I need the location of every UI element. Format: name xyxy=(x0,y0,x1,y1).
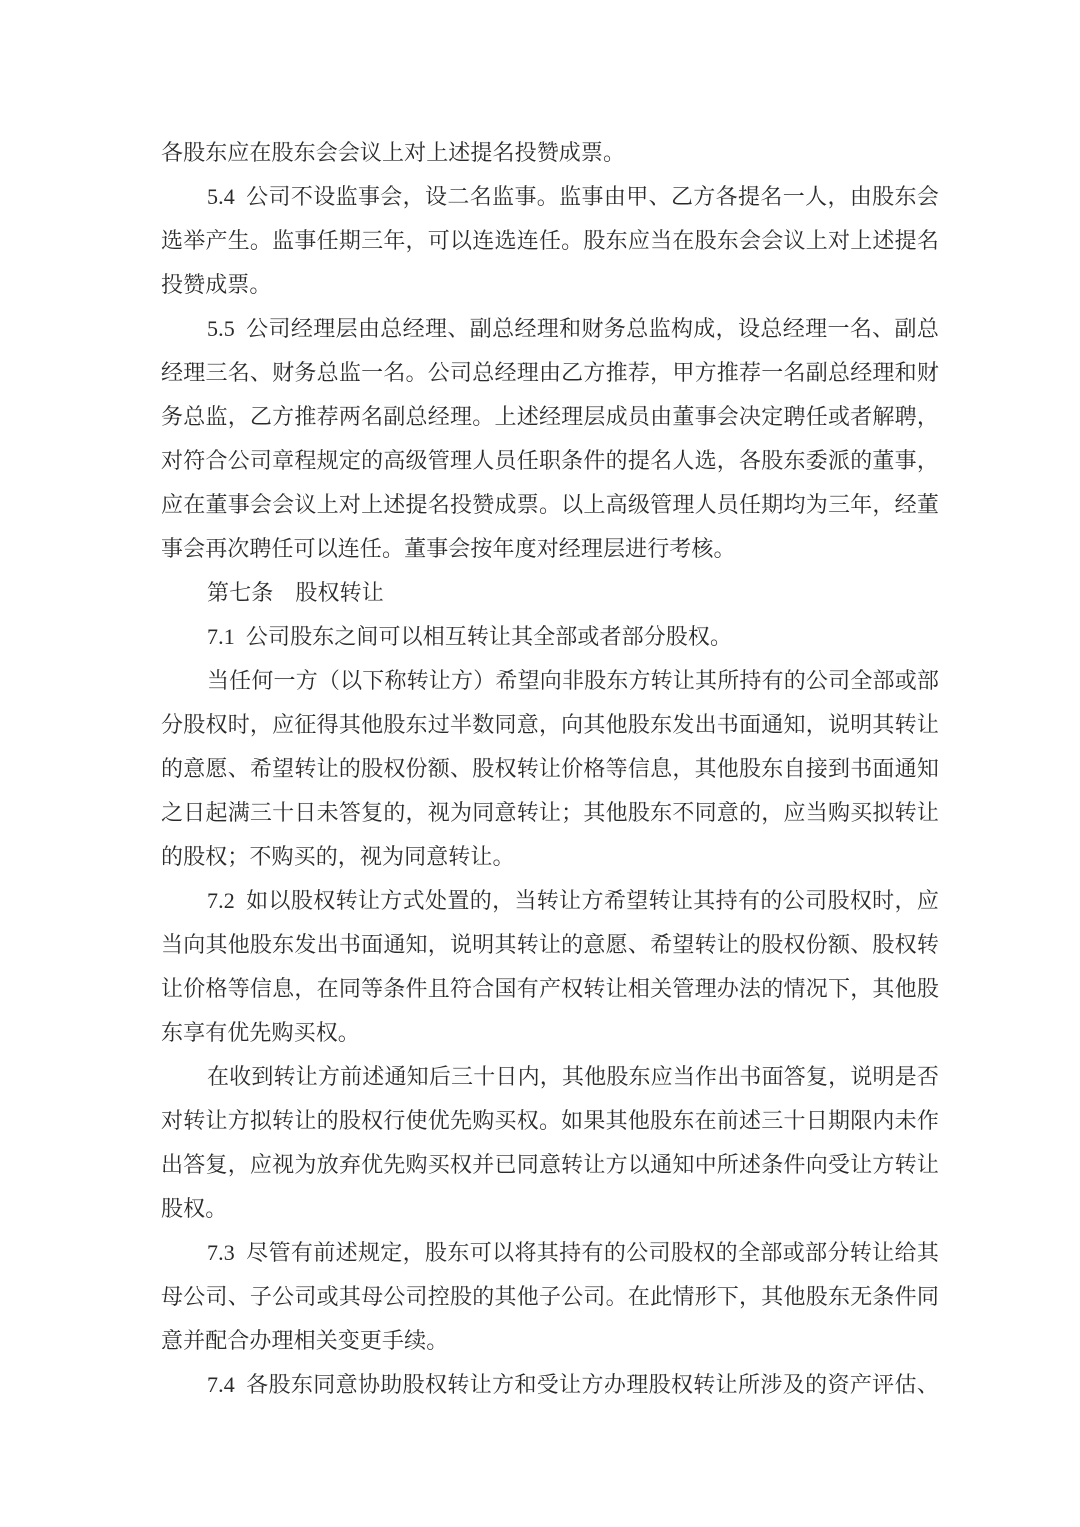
document-line: 在收到转让方前述通知后三十日内，其他股东应当作出书面答复，说明是否 xyxy=(161,1055,939,1099)
document-line: 应在董事会会议上对上述提名投赞成票。以上高级管理人员任期均为三年，经董 xyxy=(161,483,939,527)
document-line: 之日起满三十日未答复的，视为同意转让；其他股东不同意的，应当购买拟转让 xyxy=(161,791,939,835)
document-line: 7.2 如以股权转让方式处置的，当转让方希望转让其持有的公司股权时，应 xyxy=(161,879,939,923)
document-line: 务总监，乙方推荐两名副总经理。上述经理层成员由董事会决定聘任或者解聘， xyxy=(161,395,939,439)
document-line: 分股权时，应征得其他股东过半数同意，向其他股东发出书面通知，说明其转让 xyxy=(161,703,939,747)
document-page: 各股东应在股东会会议上对上述提名投赞成票。5.4 公司不设监事会，设二名监事。监… xyxy=(0,0,1080,1527)
document-line: 的股权；不购买的，视为同意转让。 xyxy=(161,835,939,879)
document-line: 让价格等信息，在同等条件且符合国有产权转让相关管理办法的情况下，其他股 xyxy=(161,967,939,1011)
document-line: 事会再次聘任可以连任。董事会按年度对经理层进行考核。 xyxy=(161,527,939,571)
document-line: 出答复，应视为放弃优先购买权并已同意转让方以通知中所述条件向受让方转让 xyxy=(161,1143,939,1187)
document-line: 5.4 公司不设监事会，设二名监事。监事由甲、乙方各提名一人，由股东会 xyxy=(161,175,939,219)
document-line: 经理三名、财务总监一名。公司总经理由乙方推荐，甲方推荐一名副总经理和财 xyxy=(161,351,939,395)
document-line: 股权。 xyxy=(161,1187,939,1231)
document-line: 5.5 公司经理层由总经理、副总经理和财务总监构成，设总经理一名、副总 xyxy=(161,307,939,351)
document-line: 投赞成票。 xyxy=(161,263,939,307)
document-line: 的意愿、希望转让的股权份额、股权转让价格等信息，其他股东自接到书面通知 xyxy=(161,747,939,791)
document-line: 7.1 公司股东之间可以相互转让其全部或者部分股权。 xyxy=(161,615,939,659)
document-line: 对转让方拟转让的股权行使优先购买权。如果其他股东在前述三十日期限内未作 xyxy=(161,1099,939,1143)
document-line: 母公司、子公司或其母公司控股的其他子公司。在此情形下，其他股东无条件同 xyxy=(161,1275,939,1319)
document-line: 7.3 尽管有前述规定，股东可以将其持有的公司股权的全部或部分转让给其 xyxy=(161,1231,939,1275)
document-line: 意并配合办理相关变更手续。 xyxy=(161,1319,939,1363)
document-body: 各股东应在股东会会议上对上述提名投赞成票。5.4 公司不设监事会，设二名监事。监… xyxy=(161,131,939,1407)
document-line: 选举产生。监事任期三年，可以连选连任。股东应当在股东会会议上对上述提名 xyxy=(161,219,939,263)
document-line: 7.4 各股东同意协助股权转让方和受让方办理股权转让所涉及的资产评估、 xyxy=(161,1363,939,1407)
section-heading: 第七条 股权转让 xyxy=(161,571,939,615)
document-line: 对符合公司章程规定的高级管理人员任职条件的提名人选，各股东委派的董事， xyxy=(161,439,939,483)
document-line: 东享有优先购买权。 xyxy=(161,1011,939,1055)
document-line: 当向其他股东发出书面通知，说明其转让的意愿、希望转让的股权份额、股权转 xyxy=(161,923,939,967)
document-line: 各股东应在股东会会议上对上述提名投赞成票。 xyxy=(161,131,939,175)
document-line: 当任何一方（以下称转让方）希望向非股东方转让其所持有的公司全部或部 xyxy=(161,659,939,703)
